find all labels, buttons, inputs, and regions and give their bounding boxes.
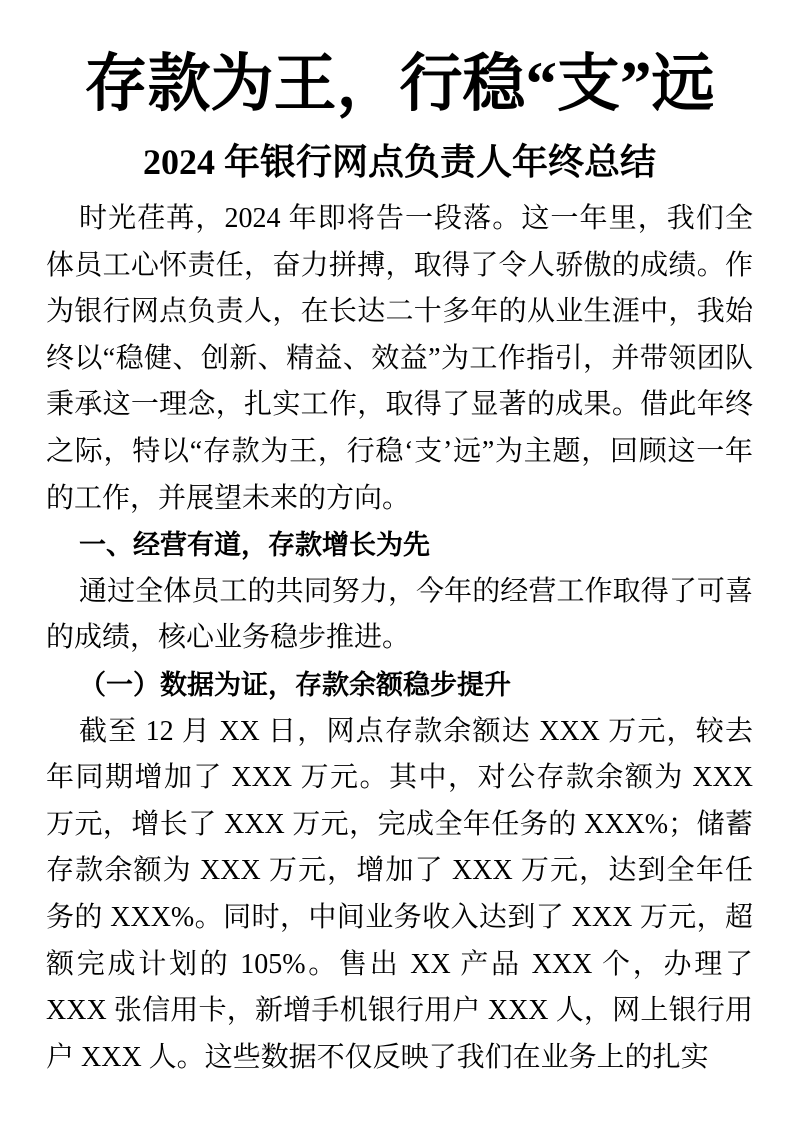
section-1-heading: 一、经营有道，存款增长为先 (46, 522, 753, 569)
document-page: 存款为王，行稳“支”远 2024 年银行网点负责人年终总结 时光荏苒，2024 … (0, 0, 793, 1122)
document-subtitle: 2024 年银行网点负责人年终总结 (46, 134, 753, 190)
subsection-1-1-heading: （一）数据为证，存款余额稳步提升 (46, 662, 753, 709)
document-title: 存款为王，行稳“支”远 (46, 34, 753, 134)
subsection-1-1-body-paragraph: 截至 12 月 XX 日，网点存款余额达 XXX 万元，较去年同期增加了 XXX… (46, 709, 753, 1082)
intro-paragraph: 时光荏苒，2024 年即将告一段落。这一年里，我们全体员工心怀责任，奋力拼搏，取… (46, 196, 753, 522)
section-1-lead-paragraph: 通过全体员工的共同努力，今年的经营工作取得了可喜的成绩，核心业务稳步推进。 (46, 569, 753, 662)
